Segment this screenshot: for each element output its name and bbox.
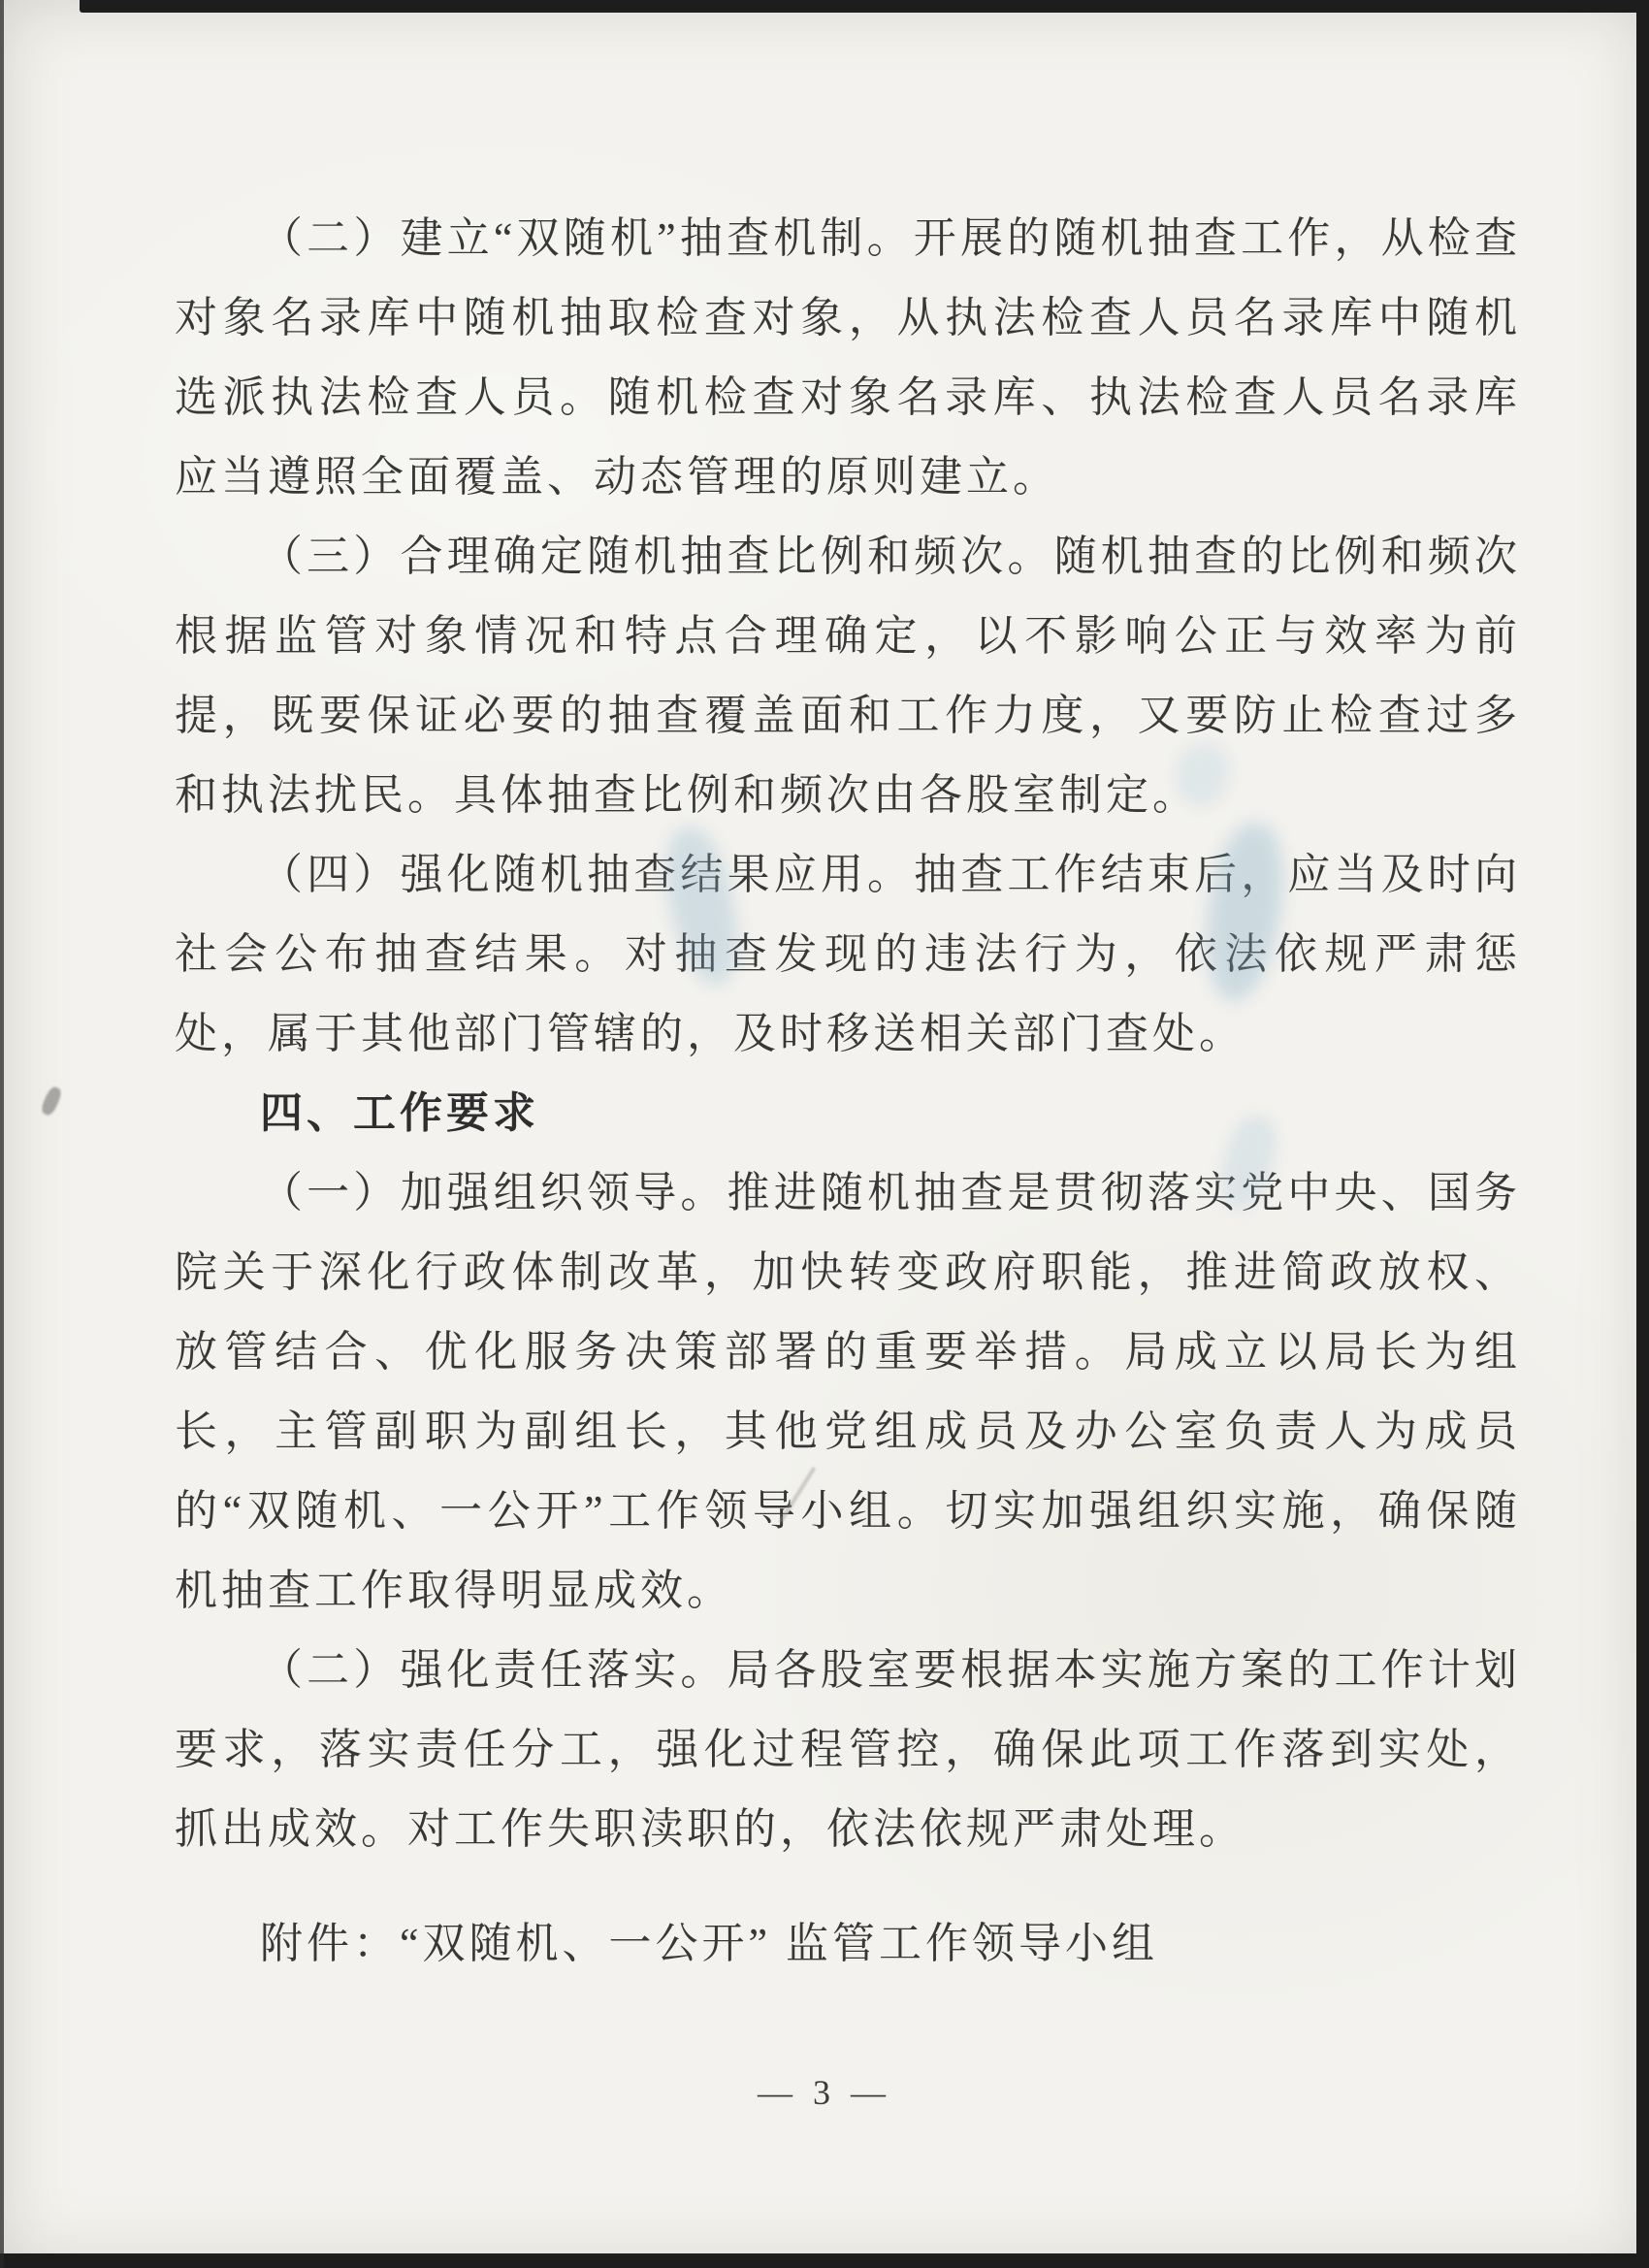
paragraph-responsibility-implementation: （二）强化责任落实。局各股室要根据本实施方案的工作计划要求，落实责任分工，强化过… — [175, 1631, 1521, 1869]
scanned-document-page: （二）建立“双随机”抽查机制。开展的随机抽查工作，从检查对象名录库中随机抽取检查… — [0, 0, 1649, 2268]
attachment-line: 附件：“双随机、一公开” 监管工作领导小组 — [175, 1904, 1521, 1984]
paragraph-result-application: （四）强化随机抽查结果应用。抽查工作结束后，应当及时向社会公布抽查结果。对抽查发… — [175, 835, 1521, 1074]
page-number: — 3 — — [0, 2072, 1649, 2113]
document-body: （二）建立“双随机”抽查机制。开展的随机抽查工作，从检查对象名录库中随机抽取检查… — [175, 0, 1521, 1984]
paragraph-ratio-and-frequency: （三）合理确定随机抽查比例和频次。随机抽查的比例和频次根据监管对象情况和特点合理… — [175, 517, 1521, 835]
scan-edge-bottom — [0, 2253, 1649, 2268]
scan-edge-top — [80, 0, 1649, 13]
paragraph-strengthen-leadership: （一）加强组织领导。推进随机抽查是贯彻落实党中央、国务院关于深化行政体制改革，加… — [175, 1153, 1521, 1631]
section-heading-work-requirements: 四、工作要求 — [175, 1074, 1521, 1153]
scan-edge-left — [0, 0, 4, 2268]
paragraph-double-random-mechanism: （二）建立“双随机”抽查机制。开展的随机抽查工作，从检查对象名录库中随机抽取检查… — [175, 199, 1521, 517]
scan-speck — [40, 1085, 64, 1117]
scan-edge-right — [1636, 0, 1649, 2268]
